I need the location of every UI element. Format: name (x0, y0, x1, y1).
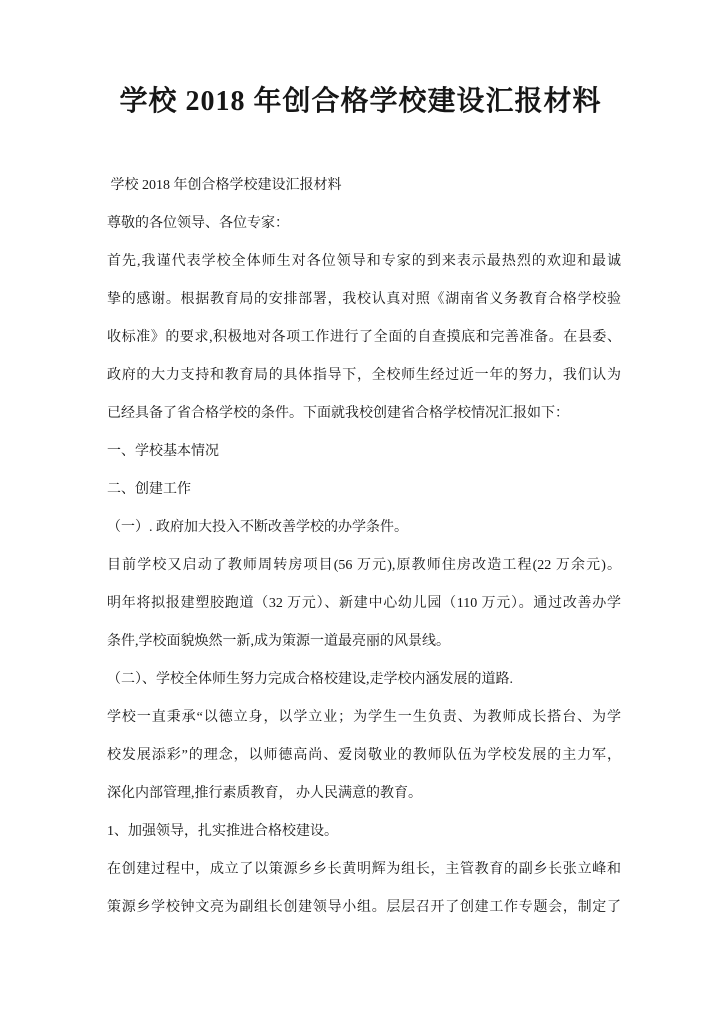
document-page: 学校 2018 年创合格学校建设汇报材料 学校 2018 年创合格学校建设汇报材… (0, 0, 721, 1020)
text-line: 二、创建工作 (107, 471, 621, 509)
text-line: （二）、学校全体师生努力完成合格校建设,走学校内涵发展的道路. (107, 661, 621, 699)
document-title: 学校 2018 年创合格学校建设汇报材料 (0, 0, 721, 118)
text-line: 首先,我谨代表学校全体师生对各位领导和专家的到来表示最热烈的欢迎和最诚 (107, 243, 621, 281)
text-line: 深化内部管理,推行素质教育， 办人民满意的教育。 (107, 775, 621, 813)
text-line: 目前学校又启动了教师周转房项目(56 万元),原教师住房改造工程(22 万余元)… (107, 547, 621, 585)
text-line: 学校 2018 年创合格学校建设汇报材料 (107, 167, 621, 205)
text-line: 明年将拟报建塑胶跑道（32 万元）、新建中心幼儿园（110 万元）。通过改善办学 (107, 585, 621, 623)
text-line: 尊敬的各位领导、各位专家： (107, 205, 621, 243)
text-line: 收标准》的要求,积极地对各项工作进行了全面的自查摸底和完善准备。在县委、 (107, 319, 621, 357)
text-line: 已经具备了省合格学校的条件。下面就我校创建省合格学校情况汇报如下： (107, 395, 621, 433)
text-line: 条件,学校面貌焕然一新,成为策源一道最亮丽的风景线。 (107, 623, 621, 661)
text-line: 校发展添彩”的理念，以师德高尚、爱岗敬业的教师队伍为学校发展的主力军， (107, 737, 621, 775)
text-line: （一）. 政府加大投入不断改善学校的办学条件。 (107, 509, 621, 547)
text-line: 挚的感谢。根据教育局的安排部署，我校认真对照《湖南省义务教育合格学校验 (107, 281, 621, 319)
text-line: 学校一直秉承“以德立身，以学立业；为学生一生负责、为教师成长搭台、为学 (107, 699, 621, 737)
text-line: 在创建过程中，成立了以策源乡乡长黄明辉为组长，主管教育的副乡长张立峰和 (107, 851, 621, 889)
text-line: 政府的大力支持和教育局的具体指导下，全校师生经过近一年的努力，我们认为 (107, 357, 621, 395)
text-line: 策源乡学校钟文亮为副组长创建领导小组。层层召开了创建工作专题会，制定了 (107, 889, 621, 927)
text-line: 一、学校基本情况 (107, 433, 621, 471)
text-line: 1、加强领导，扎实推进合格校建设。 (107, 813, 621, 851)
document-body: 学校 2018 年创合格学校建设汇报材料尊敬的各位领导、各位专家：首先,我谨代表… (107, 167, 621, 927)
